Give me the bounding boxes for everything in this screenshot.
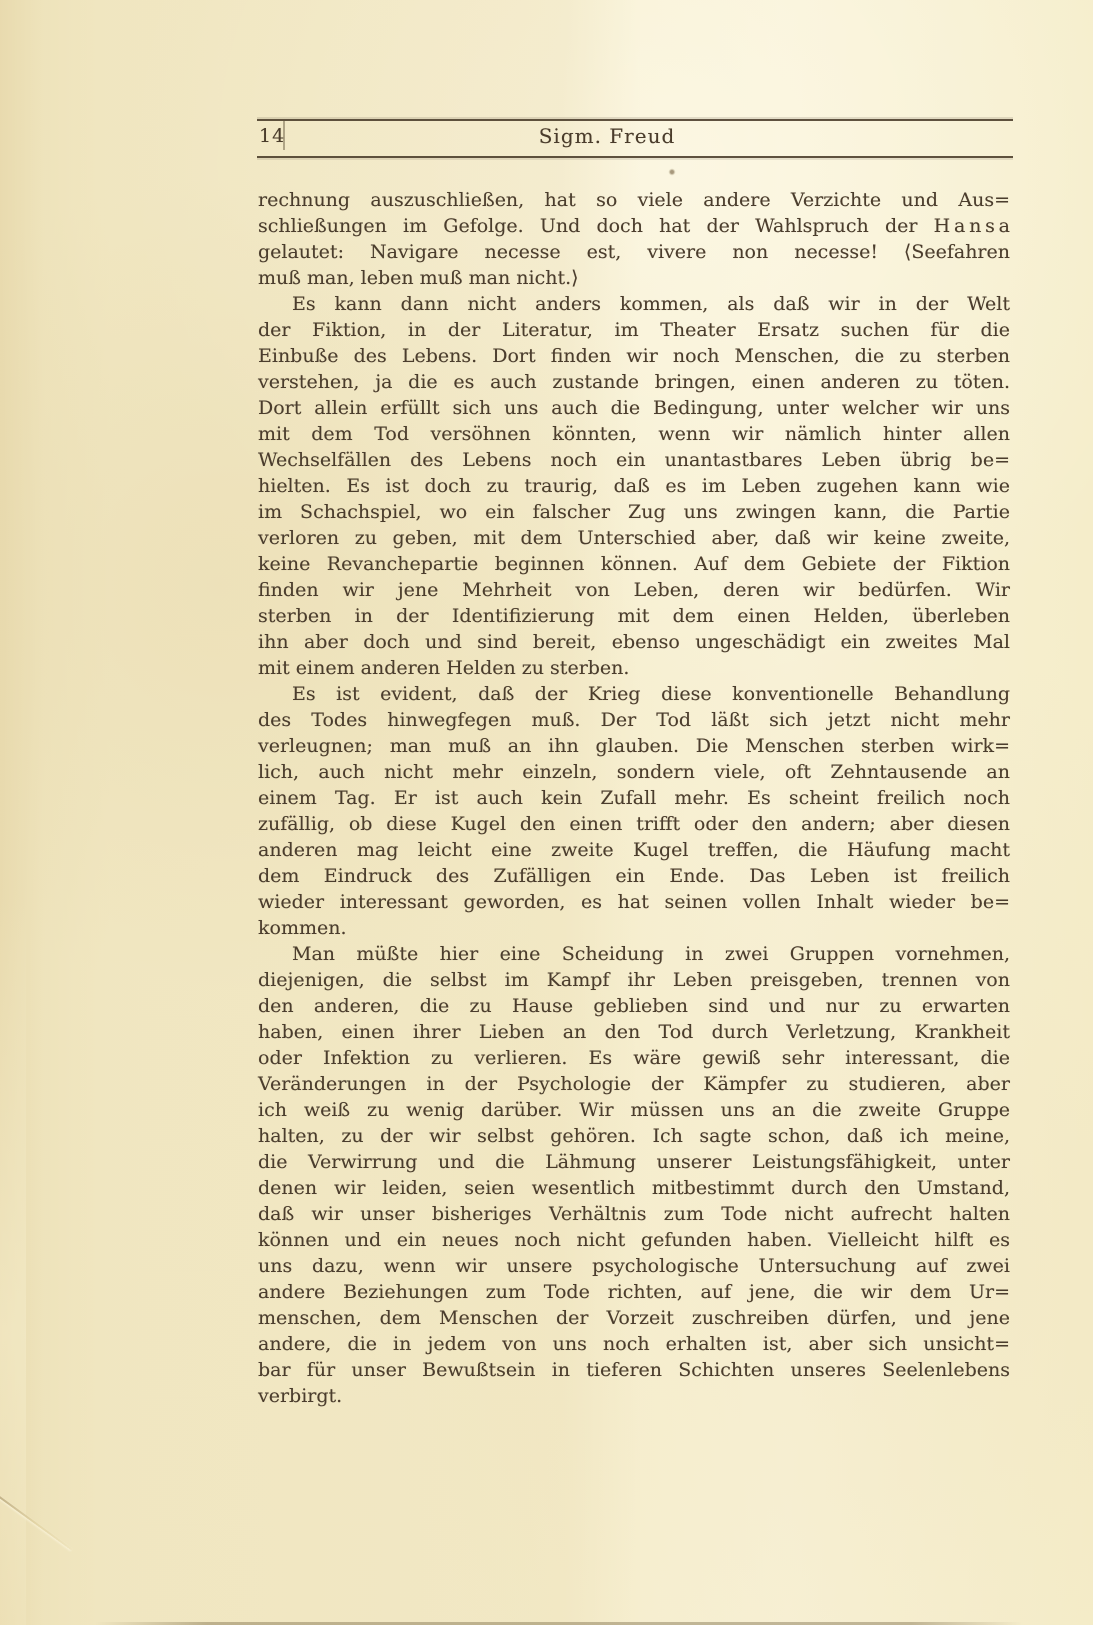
text-line: einem Tag. Er ist auch kein Zufall mehr.… — [258, 785, 1010, 811]
print-artifact-dot — [668, 168, 676, 176]
text-line: ihn aber doch und sind bereit, ebenso un… — [258, 629, 1010, 655]
text-line: hielten. Es ist doch zu traurig, daß es … — [258, 473, 1010, 499]
text-line: Dort allein erfüllt sich uns auch die Be… — [258, 395, 1010, 421]
text-line: mit dem Tod versöhnen könnten, wenn wir … — [258, 421, 1010, 447]
text-line: mit einem anderen Helden zu sterben. — [258, 655, 1010, 681]
text-line: Wechselfällen des Lebens noch ein unanta… — [258, 447, 1010, 473]
text-line: andere, die in jedem von uns noch erhalt… — [258, 1331, 1010, 1357]
text-line: sterben in der Identifizierung mit dem e… — [258, 603, 1010, 629]
text-line: andere Beziehungen zum Tode richten, auf… — [258, 1279, 1010, 1305]
text-line: haben, einen ihrer Lieben an den Tod dur… — [258, 1019, 1010, 1045]
text-line: Es kann dann nicht anders kommen, als da… — [258, 291, 1010, 317]
text-line: des Todes hinwegfegen muß. Der Tod läßt … — [258, 707, 1010, 733]
text-line: ich weiß zu wenig darüber. Wir müssen un… — [258, 1097, 1010, 1123]
text-line: bar für unser Bewußtsein in tieferen Sch… — [258, 1357, 1010, 1383]
text-line: rechnung auszuschließen, hat so viele an… — [258, 187, 1010, 213]
running-header: 14 Sigm. Freud — [257, 112, 1013, 164]
text-line: halten, zu der wir selbst gehören. Ich s… — [258, 1123, 1010, 1149]
header-rule-top — [257, 119, 1013, 121]
text-line: Veränderungen in der Psychologie der Käm… — [258, 1071, 1010, 1097]
text-line: lich, auch nicht mehr einzeln, sondern v… — [258, 759, 1010, 785]
text-line: gelautet: Navigare necesse est, vivere n… — [258, 239, 1010, 265]
text-line: denen wir leiden, seien wesentlich mitbe… — [258, 1175, 1010, 1201]
text-line: können und ein neues noch nicht gefunden… — [258, 1227, 1010, 1253]
text-line: den anderen, die zu Hause geblieben sind… — [258, 993, 1010, 1019]
text-line: im Schachspiel, wo ein falscher Zug uns … — [258, 499, 1010, 525]
text-line: anderen mag leicht eine zweite Kugel tre… — [258, 837, 1010, 863]
text-line: diejenigen, die selbst im Kampf ihr Lebe… — [258, 967, 1010, 993]
text-line: verstehen, ja die es auch zustande bring… — [258, 369, 1010, 395]
text-line: der Fiktion, in der Literatur, im Theate… — [258, 317, 1010, 343]
text-line: verbirgt. — [258, 1383, 1010, 1409]
text-line: verloren zu geben, mit dem Unterschied a… — [258, 525, 1010, 551]
scanned-book-page: 14 Sigm. Freud rechnung auszuschließen, … — [0, 0, 1093, 1625]
text-line: schließungen im Gefolge. Und doch hat de… — [258, 213, 1010, 239]
text-line: menschen, dem Menschen der Vorzeit zusch… — [258, 1305, 1010, 1331]
text-line: muß man, leben muß man nicht.⟩ — [258, 265, 1010, 291]
text-line: die Verwirrung und die Lähmung unserer L… — [258, 1149, 1010, 1175]
text-line: dem Eindruck des Zufälligen ein Ende. Da… — [258, 863, 1010, 889]
text-line: uns dazu, wenn wir unsere psychologische… — [258, 1253, 1010, 1279]
text-line: oder Infektion zu verlieren. Es wäre gew… — [258, 1045, 1010, 1071]
text-line: kommen. — [258, 915, 1010, 941]
body-text: rechnung auszuschließen, hat so viele an… — [258, 187, 1010, 1409]
text-line: verleugnen; man muß an ihn glauben. Die … — [258, 733, 1010, 759]
text-line: Einbuße des Lebens. Dort finden wir noch… — [258, 343, 1010, 369]
header-rule-bottom — [257, 156, 1013, 158]
text-line: Es ist evident, daß der Krieg diese konv… — [258, 681, 1010, 707]
text-line: Man müßte hier eine Scheidung in zwei Gr… — [258, 941, 1010, 967]
text-line: keine Revanchepartie beginnen können. Au… — [258, 551, 1010, 577]
text-line: wieder interessant geworden, es hat sein… — [258, 889, 1010, 915]
text-line: finden wir jene Mehrheit von Leben, dere… — [258, 577, 1010, 603]
text-line: zufällig, ob diese Kugel den einen triff… — [258, 811, 1010, 837]
text-line: daß wir unser bisheriges Verhältnis zum … — [258, 1201, 1010, 1227]
running-head-title: Sigm. Freud — [257, 124, 957, 148]
